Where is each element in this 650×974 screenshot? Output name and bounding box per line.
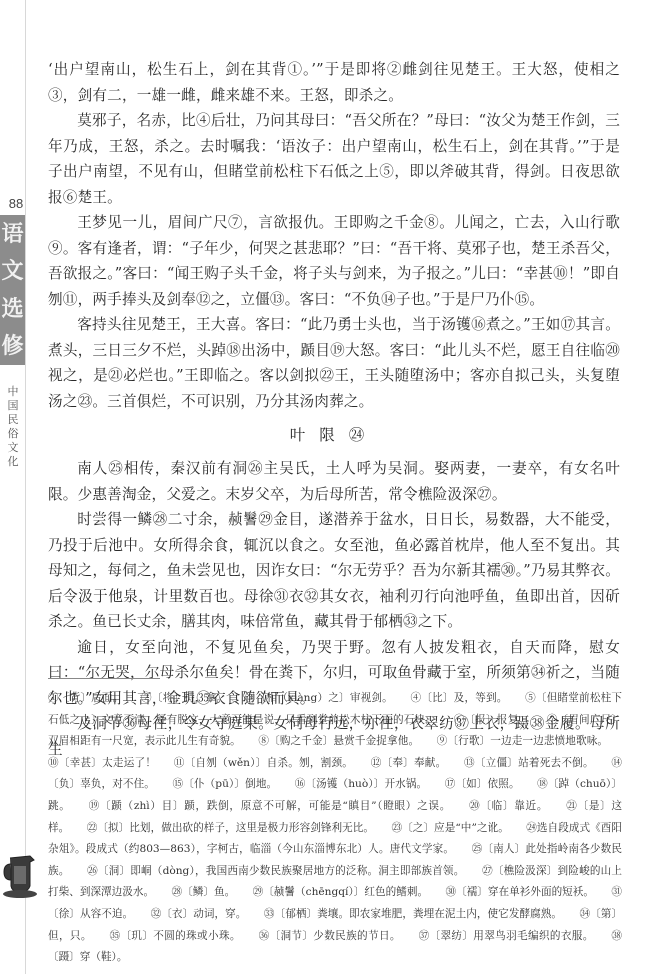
margin-rule	[25, 0, 26, 974]
footnote: ㉒〔拟〕比划，做出砍的样子，这里是极力形容剑锋利无比。	[87, 822, 374, 834]
paragraph: 王梦见一儿，眉间广尺⑦，言欲报仇。王即购之千金⑧。儿闻之，亡去，入山行歌⑨。客有…	[48, 210, 620, 312]
side-subtitle-char: 文	[8, 441, 19, 455]
side-book-title: 语 文 选 修	[0, 215, 25, 365]
side-subtitle-char: 国	[8, 399, 19, 413]
side-title-char: 语	[1, 223, 23, 245]
side-subtitle-char: 俗	[8, 427, 19, 441]
footnote: ⑧〔购之千金〕悬赏千金捉拿他。	[258, 735, 419, 747]
footnote: ㉚〔襦〕穿在单衫外面的短袄。	[445, 886, 594, 898]
paragraph: 客持头往见楚王，王大喜。客曰：“此乃勇士头也，当于汤镬⑯煮之。”王如⑰其言。煮头…	[48, 312, 620, 414]
footnote: ⑰〔如〕依照。	[445, 778, 520, 790]
section-title: 叶限㉔	[48, 422, 620, 448]
footnotes: ①〔背〕后面。 ②〔将〕持，拿。 ③〔相（xiàng）之〕审视剑。 ④〔比〕及，…	[48, 688, 622, 969]
footnote: ②〔将〕持，拿。	[141, 692, 227, 704]
side-subtitle-char: 民	[8, 413, 19, 427]
footnote: ㉙〔赪鬐（chēngqí）〕红色的鳍刺。	[253, 886, 428, 898]
footnote: ⑮〔仆（pū）〕倒地。	[173, 778, 278, 790]
main-text: ‘出户望南山，松生石上，剑在其背①。’”于是即将②雌剑往见楚王。王大怒，使相之③…	[48, 57, 620, 762]
side-title-char: 文	[1, 260, 23, 282]
footnote: ㉟〔玑〕不圆的珠或小珠。	[110, 930, 241, 942]
footnote: ㉖〔洞〕即峒（dòng），我国西南少数民族聚居地方的泛称。洞主即部族首领。	[87, 865, 464, 877]
footnote: ㉓〔之〕应是“中”之讹。	[391, 822, 508, 834]
footnote: ⑯〔汤镬（huò）〕开水锅。	[295, 778, 428, 790]
footnote: ④〔比〕及，等到。	[411, 692, 508, 704]
footnote: ㊱〔洞节〕少数民族的节日。	[259, 930, 401, 942]
side-subtitle-char: 中	[8, 385, 19, 399]
footnote: ①〔背〕后面。	[48, 692, 123, 704]
footnote: ⑨〔行歌〕一边走一边悲愤地歌咏。	[437, 735, 608, 747]
side-title-char: 修	[1, 335, 23, 357]
footnote: ⑲〔踬（zhì）目〕踬，跌倒，原意不可解，可能是“瞋目”（瞪眼）之误。	[89, 800, 451, 812]
jug-illustration-icon	[0, 850, 40, 900]
footnote: ③〔相（xiàng）之〕审视剑。	[245, 692, 393, 704]
side-subtitle-char: 化	[8, 455, 19, 469]
footnote: ⑬〔立僵〕站着死去不倒。	[464, 757, 594, 769]
footnote-divider	[48, 678, 160, 679]
footnote: ⑪〔自刎（wěn）〕自杀。刎，割颈。	[174, 757, 353, 769]
footnote: ⑫〔奉〕奉献。	[371, 757, 447, 769]
side-book-subtitle: 中 国 民 俗 文 化	[3, 385, 23, 469]
paragraph: 莫邪子，名赤，比④后壮，乃问其母曰：“吾父所在？”母曰：“汝父为楚王作剑，三年乃…	[48, 108, 620, 210]
paragraph: 时尝得一鳞㉘二寸余，赪鬐㉙金目，遂潜养于盆水，日日长，易数器，大不能受，乃投于后…	[48, 507, 620, 635]
side-title-char: 选	[1, 298, 23, 320]
footnote: ⑳〔临〕靠近。	[469, 800, 548, 812]
paragraph: 南人㉕相传，秦汉前有洞㉖主吴氏，土人呼为吴洞。娶两妻，一妻卒，有女名叶限。少惠善…	[48, 456, 620, 507]
footnote: ⑩〔幸甚〕太走运了！	[48, 757, 156, 769]
paragraph: ‘出户望南山，松生石上，剑在其背①。’”于是即将②雌剑往见楚王。王大怒，使相之③…	[48, 57, 620, 108]
footnote: ㉘〔鳞〕鱼。	[172, 886, 236, 898]
footnote: ㊲〔翠纺〕用翠鸟羽毛编织的衣服。	[419, 930, 594, 942]
page-number: 88	[5, 196, 27, 211]
footnote: ㉝〔郁栖〕粪壤。即农家堆肥，粪埋在泥土内，使它发酵腐熟。	[264, 908, 562, 920]
footnote: ㉜〔衣〕动词，穿。	[151, 908, 247, 920]
footnote: ⑥〔报〕报复。	[454, 714, 529, 726]
